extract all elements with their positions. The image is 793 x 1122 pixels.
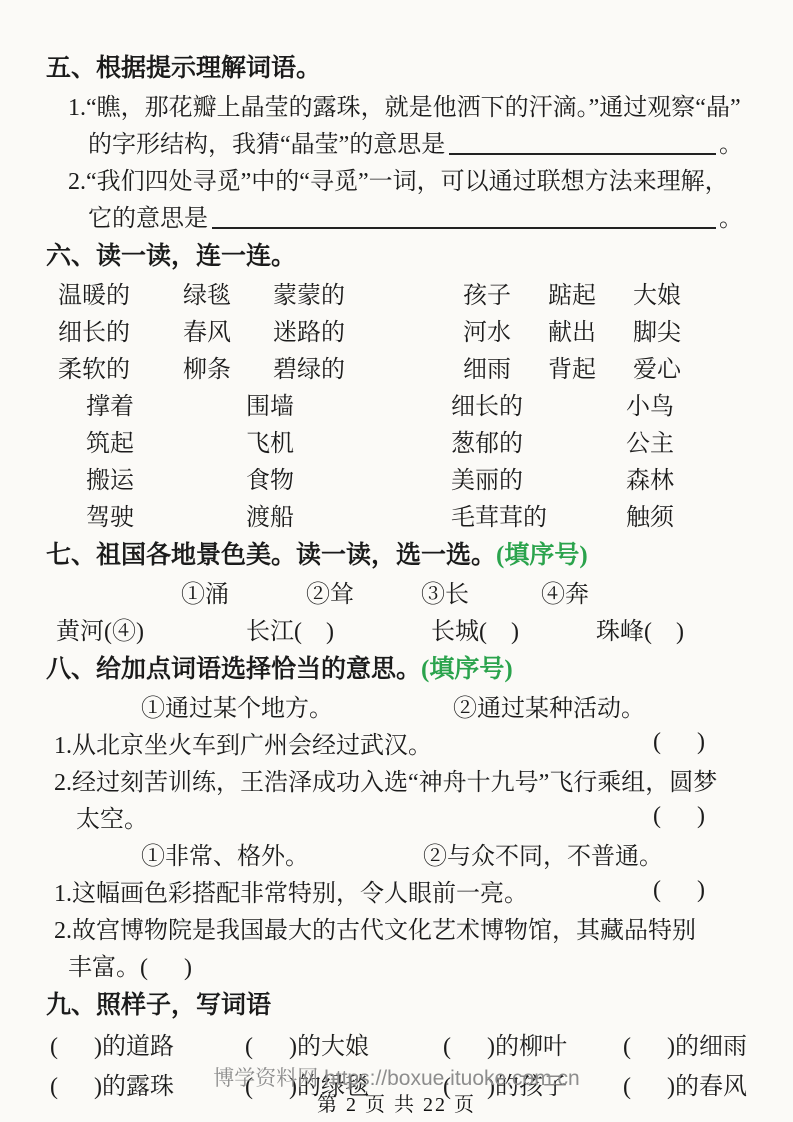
meaning-option: ②通过某种活动。	[453, 688, 645, 723]
match-row: 柔软的 柳条 碧绿的 细雨 背起 爱心	[46, 348, 743, 385]
section5-item2-line2-prefix: 它的意思是	[88, 198, 208, 233]
match-word: 柳条	[183, 349, 273, 384]
match-word: 食物	[246, 460, 451, 495]
word-blank-item: ( )的大娘	[245, 1026, 443, 1061]
fill-item: 长江( )	[246, 611, 431, 646]
match-word: 驾驶	[86, 497, 246, 532]
match-word: 围墙	[246, 386, 451, 421]
word-blank-item: ( )的细雨	[623, 1026, 747, 1061]
option-item: ③长	[421, 574, 541, 609]
worksheet-page: 五、根据提示理解词语。 1.“瞧，那花瓣上晶莹的露珠，就是他洒下的汗滴。”通过观…	[0, 0, 793, 1122]
match-word: 细雨	[463, 349, 548, 384]
match-word: 迷路的	[273, 312, 463, 347]
question-text: 1.从北京坐火车到广州会经过武汉。	[54, 725, 432, 760]
match-word: 森林	[626, 460, 743, 495]
match-word: 搬运	[86, 460, 246, 495]
match-word: 美丽的	[451, 460, 626, 495]
section8-q3: 1.这幅画色彩搭配非常特别，令人眼前一亮。 ( )	[46, 872, 743, 909]
section8-meanings-2: ①非常、格外。 ②与众不同，不普通。	[46, 835, 743, 872]
section5-title: 五、根据提示理解词语。	[46, 46, 743, 86]
match-word: 绿毯	[183, 275, 273, 310]
fill-item: 长城( )	[431, 611, 596, 646]
section8-q2-line2: 太空。 ( )	[46, 798, 743, 835]
match-row: 细长的 春风 迷路的 河水 献出 脚尖	[46, 311, 743, 348]
section6-title: 六、读一读，连一连。	[46, 234, 743, 274]
match-row: 驾驶 渡船 毛茸茸的 触须	[46, 496, 743, 533]
match-word: 碧绿的	[273, 349, 463, 384]
match-row: 撑着 围墙 细长的 小鸟	[46, 385, 743, 422]
match-word: 温暖的	[58, 275, 183, 310]
fill-number-hint: (填序号)	[421, 649, 513, 685]
match-word: 小鸟	[626, 386, 743, 421]
section8-q4-line1: 2.故宫博物院是我国最大的古代文化艺术博物馆，其藏品特别	[46, 909, 743, 946]
match-word: 筑起	[86, 423, 246, 458]
match-word: 爱心	[633, 349, 743, 384]
option-item: ①涌	[181, 574, 306, 609]
word-blank-item: ( )的道路	[50, 1026, 245, 1061]
match-word: 葱郁的	[451, 423, 626, 458]
option-item: ④奔	[541, 574, 743, 609]
section9-row: ( )的道路 ( )的大娘 ( )的柳叶 ( )的细雨	[46, 1023, 743, 1063]
section5-item2-line2: 它的意思是 。	[46, 197, 743, 234]
fill-item: 珠峰( )	[596, 611, 743, 646]
section8-meanings-1: ①通过某个地方。 ②通过某种活动。	[46, 687, 743, 724]
section7-items: 黄河(④) 长江( ) 长城( ) 珠峰( )	[46, 610, 743, 647]
answer-paren: ( )	[653, 877, 743, 904]
match-word: 春风	[183, 312, 273, 347]
page-footer: 博学资料网 https://boxue.ituoke.com.cn 第 2 页 …	[0, 1062, 793, 1114]
match-word: 飞机	[246, 423, 451, 458]
answer-paren: ( )	[653, 729, 743, 756]
section5-item1-line2: 的字形结构，我猜“晶莹”的意思是 。	[46, 123, 743, 160]
match-word: 献出	[548, 312, 633, 347]
match-word: 踮起	[548, 275, 633, 310]
match-word: 触须	[626, 497, 743, 532]
match-word: 脚尖	[633, 312, 743, 347]
match-word: 孩子	[463, 275, 548, 310]
match-word: 大娘	[633, 275, 743, 310]
question-text: 1.这幅画色彩搭配非常特别，令人眼前一亮。	[54, 873, 528, 908]
section5-item1-suffix: 。	[719, 124, 743, 159]
section7-title-text: 七、祖国各地景色美。读一读，选一选。	[46, 535, 496, 571]
meaning-option: ②与众不同，不普通。	[423, 836, 663, 871]
match-word: 毛茸茸的	[451, 497, 626, 532]
watermark-site-url: 博学资料网 https://boxue.ituoke.com.cn	[0, 1062, 793, 1088]
meaning-option: ①通过某个地方。	[141, 688, 453, 723]
word-blank-item: ( )的柳叶	[443, 1026, 623, 1061]
match-word: 柔软的	[58, 349, 183, 384]
section8-q1: 1.从北京坐火车到广州会经过武汉。 ( )	[46, 724, 743, 761]
answer-paren: ( )	[653, 803, 743, 830]
section7-title: 七、祖国各地景色美。读一读，选一选。 (填序号)	[46, 533, 743, 573]
section8-title-text: 八、给加点词语选择恰当的意思。	[46, 649, 421, 685]
match-word: 背起	[548, 349, 633, 384]
fill-item: 黄河(④)	[56, 611, 246, 646]
match-row: 筑起 飞机 葱郁的 公主	[46, 422, 743, 459]
section8-q2-line1: 2.经过刻苦训练，王浩泽成功入选“神舟十九号”飞行乘组，圆梦	[46, 761, 743, 798]
section5-item1-line1: 1.“瞧，那花瓣上晶莹的露珠，就是他洒下的汗滴。”通过观察“晶”	[46, 86, 743, 123]
answer-blank-line	[449, 128, 716, 155]
match-word: 撑着	[86, 386, 246, 421]
match-word: 细长的	[451, 386, 626, 421]
match-word: 蒙蒙的	[273, 275, 463, 310]
match-row: 温暖的 绿毯 蒙蒙的 孩子 踮起 大娘	[46, 274, 743, 311]
match-word: 细长的	[58, 312, 183, 347]
section5-item2-line1: 2.“我们四处寻觅”中的“寻觅”一词，可以通过联想方法来理解，	[46, 160, 743, 197]
meaning-option: ①非常、格外。	[141, 836, 423, 871]
match-word: 渡船	[246, 497, 451, 532]
section8-q4-line2: 丰富。( )	[46, 946, 743, 983]
page-number: 第 2 页 共 22 页	[0, 1088, 793, 1114]
section5-item1-line2-prefix: 的字形结构，我猜“晶莹”的意思是	[88, 124, 445, 159]
match-row: 搬运 食物 美丽的 森林	[46, 459, 743, 496]
section7-options: ①涌 ②耸 ③长 ④奔	[46, 573, 743, 610]
answer-blank-line	[212, 202, 716, 229]
section5-item2-suffix: 。	[719, 198, 743, 233]
section9-title: 九、照样子，写词语	[46, 983, 743, 1023]
match-word: 公主	[626, 423, 743, 458]
section8-title: 八、给加点词语选择恰当的意思。 (填序号)	[46, 647, 743, 687]
question-text: 太空。	[54, 799, 148, 834]
match-word: 河水	[463, 312, 548, 347]
option-item: ②耸	[306, 574, 421, 609]
fill-number-hint: (填序号)	[496, 535, 588, 571]
